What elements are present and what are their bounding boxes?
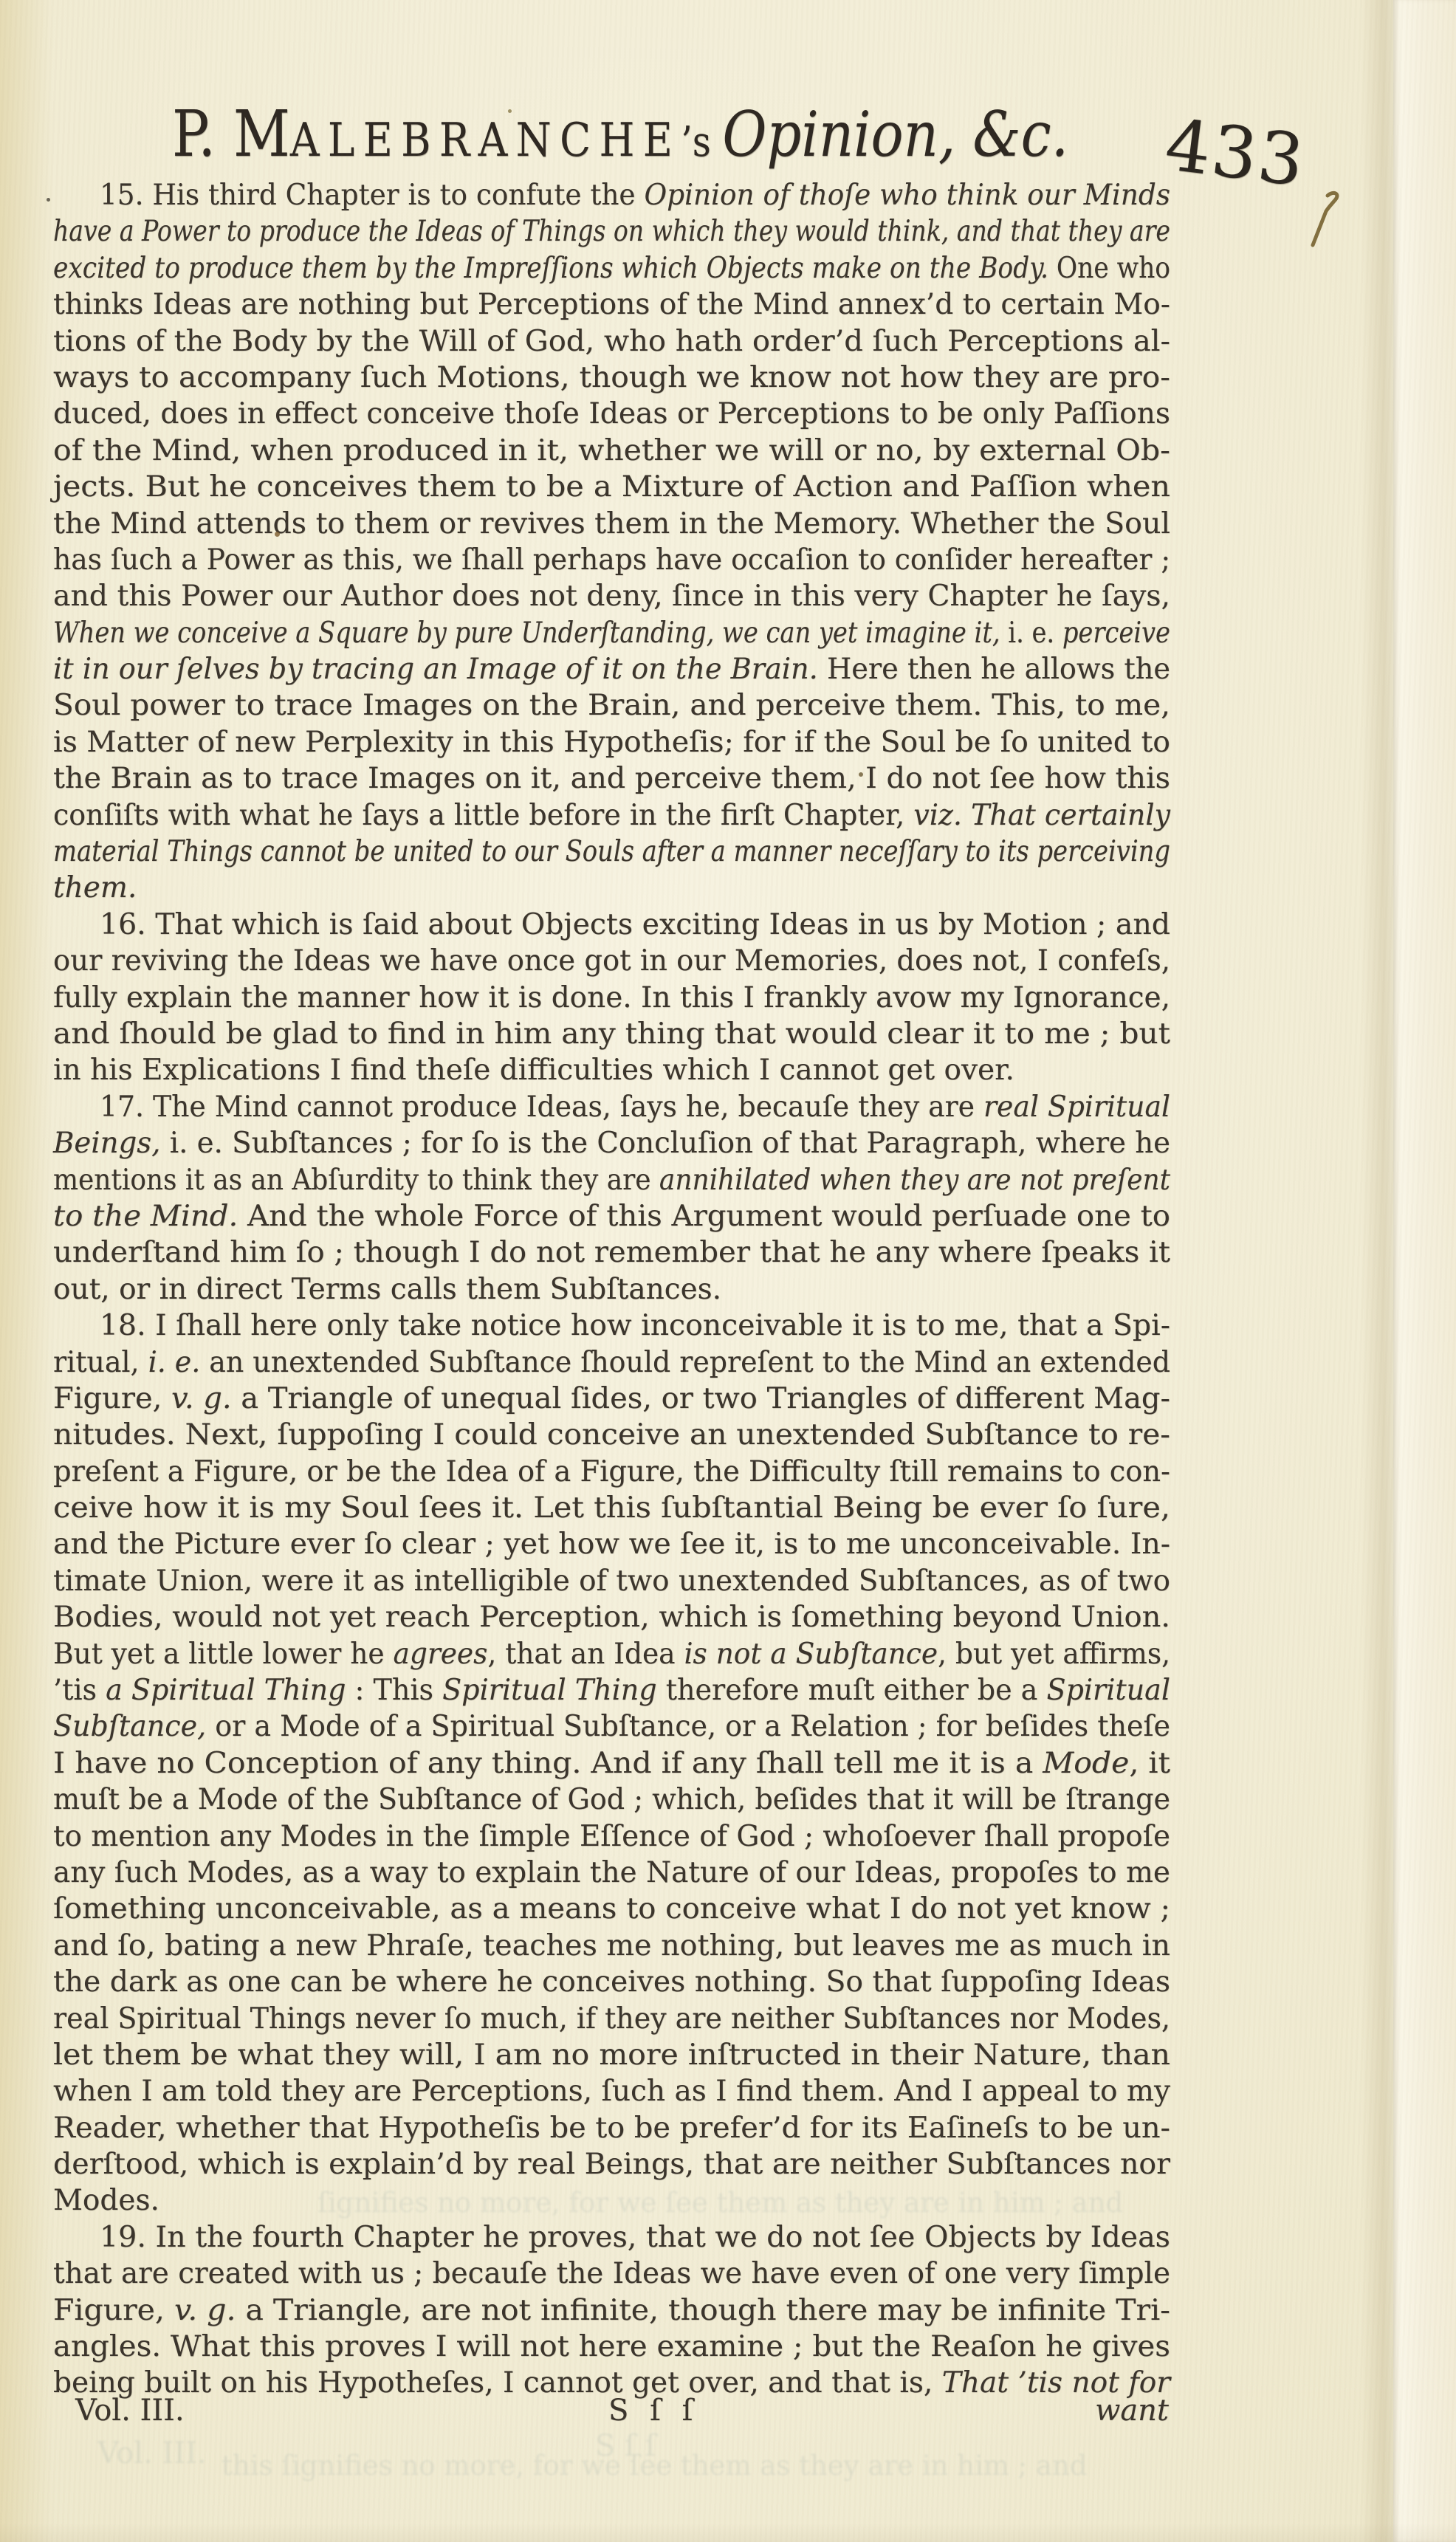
paragraph-16: 16. That which is ſaid about Objects exc… [53, 907, 1170, 1089]
text-line: muſt be a Mode of the Subſtance of God ;… [53, 1782, 1170, 1818]
text-line: conſiſts with what he ſays a little befo… [53, 797, 1170, 834]
catchword: want [1095, 2389, 1169, 2432]
text-line: let them be what they will, I am no more… [53, 2037, 1170, 2073]
text-line: derſtood, which is explain’d by real Bei… [53, 2146, 1170, 2182]
text-line: and ſo, bating a new Phraſe, teaches me … [53, 1928, 1170, 1964]
text-line: 17. The Mind cannot produce Ideas, ſays … [53, 1089, 1170, 1125]
show-through-text: S ſ ſ [595, 2429, 656, 2463]
text-line: timate Union, were it as intelligible of… [53, 1563, 1170, 1599]
text-line: ceive how it is my Soul ſees it. Let thi… [53, 1490, 1170, 1526]
text-line: in his Explications I find theſe difficu… [53, 1052, 1170, 1088]
paragraph-17: 17. The Mind cannot produce Ideas, ſays … [53, 1089, 1170, 1308]
text-line: Modes. [53, 2182, 1170, 2219]
text-line: of the Mind, when produced in it, whethe… [53, 433, 1170, 469]
text-line: ritual, i. e. an unextended Subſtance ſh… [53, 1344, 1170, 1381]
text-line: to mention any Modes in the ſimple Eſſen… [53, 1818, 1170, 1855]
text-line: duced, does in effect conceive thoſe Ide… [53, 396, 1170, 432]
text-line: Figure, v. g. a Triangle of unequal ſide… [53, 1381, 1170, 1417]
text-line: material Things cannot be united to our … [53, 834, 1170, 870]
text-line: when I am told they are Perceptions, ſuc… [53, 2073, 1170, 2109]
paper-speck [508, 109, 512, 113]
text-line: 18. I ſhall here only take notice how in… [53, 1308, 1170, 1344]
text-line: nitudes. Next, ſuppoſing I could conceiv… [53, 1417, 1170, 1453]
text-line: mentions it as an Abſurdity to think the… [53, 1162, 1170, 1198]
text-line: 19. In the fourth Chapter he proves, tha… [53, 2219, 1170, 2256]
text-line: ways to accompany ſuch Motions, though w… [53, 360, 1170, 396]
text-line: underſtand him ſo ; though I do not reme… [53, 1234, 1170, 1271]
title-possessive: ’s [681, 118, 722, 166]
text-line: is Matter of new Perplexity in this Hypo… [53, 724, 1170, 760]
show-through-text: this ſignifies no more, for we ſee them … [222, 2450, 1087, 2481]
text-line: our reviving the Ideas we have once got … [53, 943, 1170, 979]
text-line: But yet a little lower he agrees, that a… [53, 1636, 1170, 1672]
text-line: I have no Conception of any thing. And i… [53, 1745, 1170, 1782]
text-line: fully explain the manner how it is done.… [53, 980, 1170, 1016]
paragraph-15: 15. His third Chapter is to confute the … [53, 177, 1170, 907]
text-line: the Mind attends to them or revives them… [53, 506, 1170, 542]
text-line: Soul power to trace Images on the Brain,… [53, 687, 1170, 724]
text-line: When we conceive a Square by pure Underſ… [53, 615, 1170, 651]
text-line: ’tis a Spiritual Thing : This Spiritual … [53, 1672, 1170, 1708]
page-left-edge-shadow [0, 0, 53, 2542]
text-line: Subſtance, or a Mode of a Spiritual Subſ… [53, 1708, 1170, 1745]
text-line: angles. What this proves I will not here… [53, 2329, 1170, 2365]
text-line: 15. His third Chapter is to confute the … [53, 177, 1170, 213]
text-line: excited to produce them by the Impreſſio… [53, 250, 1170, 286]
paragraph-18: 18. I ſhall here only take notice how in… [53, 1308, 1170, 2219]
text-line: Beings, i. e. Subſtances ; for ſo is the… [53, 1125, 1170, 1161]
text-line: the Brain as to trace Images on it, and … [53, 760, 1170, 797]
text-line: that are created with us ; becauſe the I… [53, 2256, 1170, 2292]
text-line: the dark as one can be where he conceive… [53, 1964, 1170, 2000]
text-line: it in our ſelves by tracing an Image of … [53, 651, 1170, 687]
book-page-scan: P. MALEBRANCHE’s Opinion, &c. 433 15. Hi… [0, 0, 1456, 2542]
title-initials: P. M [172, 97, 290, 171]
text-line: them. [53, 870, 1170, 906]
page-right-edge [1393, 0, 1456, 2542]
text-line: to the Mind. And the whole Force of this… [53, 1198, 1170, 1234]
text-line: have a Power to produce the Ideas of Thi… [53, 213, 1170, 250]
text-line: jects. But he conceives them to be a Mix… [53, 469, 1170, 505]
text-line: thinks Ideas are nothing but Perceptions… [53, 286, 1170, 323]
ink-mark [1305, 189, 1344, 254]
text-line: Figure, v. g. a Triangle, are not infini… [53, 2292, 1170, 2329]
text-line: and the Picture ever ſo clear ; yet how … [53, 1526, 1170, 1562]
text-line: and ſhould be glad to find in him any th… [53, 1016, 1170, 1052]
show-through-text: Vol. III. [97, 2436, 207, 2470]
text-line: tions of the Body by the Will of God, wh… [53, 323, 1170, 360]
page-footer: Vol. III. S ſ ſ want [53, 2389, 1170, 2432]
text-line: any ſuch Modes, as a way to explain the … [53, 1855, 1170, 1891]
paper-speck [859, 772, 863, 777]
running-header: P. MALEBRANCHE’s Opinion, &c. [172, 93, 1199, 176]
text-line: preſent a Figure, or be the Idea of a Fi… [53, 1454, 1170, 1490]
text-line: out, or in direct Terms calls them Subſt… [53, 1271, 1170, 1308]
paper-speck [275, 532, 280, 537]
text-line: Reader, whether that Hypotheſis be to be… [53, 2110, 1170, 2146]
title-smallcaps: ALEBRANCHE [290, 113, 681, 167]
text-block: 15. His third Chapter is to confute the … [53, 177, 1170, 2402]
text-line: has ſuch a Power as this, we ſhall perha… [53, 542, 1170, 578]
page-crease [1361, 0, 1393, 2542]
title-italic: Opinion, &c. [722, 98, 1068, 171]
volume-label: Vol. III. [75, 2389, 185, 2432]
text-line: real Spiritual Things never ſo much, if … [53, 2001, 1170, 2037]
text-line: Bodies, would not yet reach Perception, … [53, 1599, 1170, 1635]
text-line: 16. That which is ſaid about Objects exc… [53, 907, 1170, 943]
text-line: and this Power our Author does not deny,… [53, 578, 1170, 614]
page-bottom-shadow [0, 2523, 1456, 2542]
text-line: ſomething unconceivable, as a means to c… [53, 1891, 1170, 1927]
paragraph-19: 19. In the fourth Chapter he proves, tha… [53, 2219, 1170, 2402]
signature-mark: S ſ ſ [608, 2389, 698, 2432]
paper-speck [47, 198, 50, 202]
